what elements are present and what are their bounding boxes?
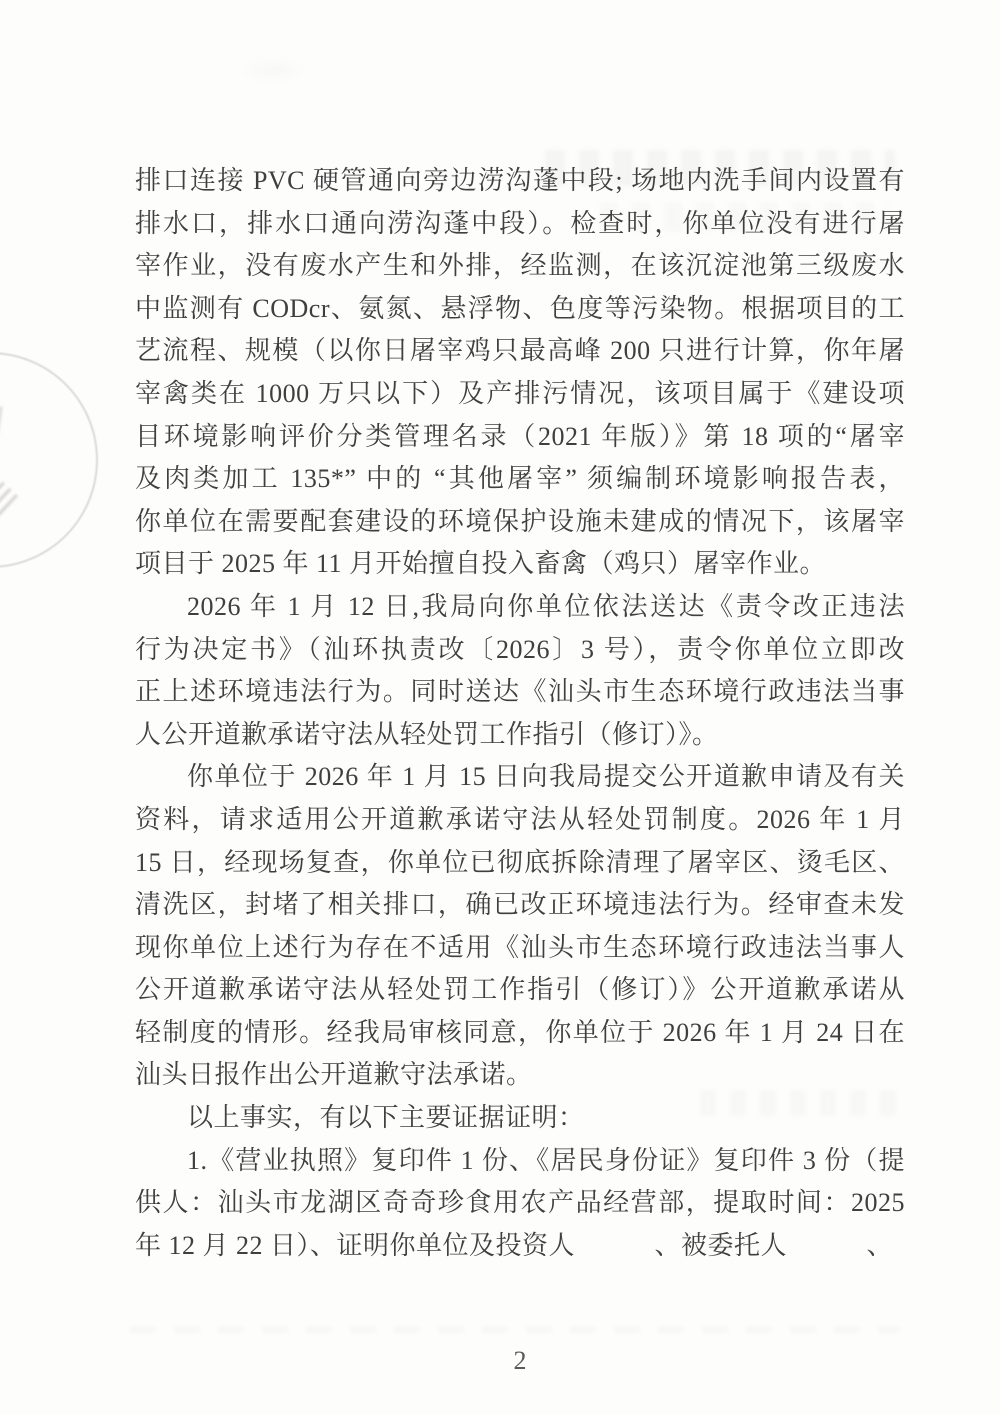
text-line: 排水口，排水口通向涝沟蓬中段）。检查时，你单位没有进行屠 bbox=[135, 203, 905, 246]
text-line: 清洗区，封堵了相关排口，确已改正环境违法行为。经审查未发 bbox=[135, 884, 905, 927]
text-line: 年 12 月 22 日）、证明你单位及投资人 、被委托人 、 bbox=[135, 1225, 905, 1268]
bleed-through-artifact bbox=[238, 56, 308, 84]
text-line: 排口连接 PVC 硬管通向旁边涝沟蓬中段; 场地内洗手间内设置有 bbox=[135, 160, 905, 203]
seal-mark bbox=[0, 467, 18, 529]
document-body: 排口连接 PVC 硬管通向旁边涝沟蓬中段; 场地内洗手间内设置有排水口，排水口通… bbox=[135, 160, 905, 1267]
text-line: 供人：汕头市龙湖区奇奇珍食用农产品经营部，提取时间：2025 bbox=[135, 1182, 905, 1225]
text-line: 15 日，经现场复查，你单位已彻底拆除清理了屠宰区、烫毛区、 bbox=[135, 842, 905, 885]
text-line: 轻制度的情形。经我局审核同意，你单位于 2026 年 1 月 24 日在 bbox=[135, 1012, 905, 1055]
text-line: 公开道歉承诺守法从轻处罚工作指引（修订）》公开道歉承诺从 bbox=[135, 969, 905, 1012]
text-line: 以上事实，有以下主要证据证明： bbox=[135, 1097, 905, 1140]
text-line: 2026 年 1 月 12 日,我局向你单位依法送达《责令改正违法 bbox=[135, 586, 905, 629]
text-line: 宰作业，没有废水产生和外排，经监测，在该沉淀池第三级废水 bbox=[135, 245, 905, 288]
text-line: 目环境影响评价分类管理名录（2021 年版）》第 18 项的“屠宰 bbox=[135, 416, 905, 459]
text-line: 项目于 2025 年 11 月开始擅自投入畜禽（鸡只）屠宰作业。 bbox=[135, 543, 905, 586]
text-line: 1.《营业执照》复印件 1 份、《居民身份证》复印件 3 份（提 bbox=[135, 1140, 905, 1183]
page-number: 2 bbox=[135, 1346, 905, 1376]
ink-seal-stamp bbox=[0, 332, 118, 588]
seal-mark bbox=[0, 403, 7, 435]
text-line: 资料，请求适用公开道歉承诺守法从轻处罚制度。2026 年 1 月 bbox=[135, 799, 905, 842]
text-line: 艺流程、规模（以你日屠宰鸡只最高峰 200 只进行计算，你年屠 bbox=[135, 330, 905, 373]
text-line: 宰禽类在 1000 万只以下）及产排污情况，该项目属于《建设项 bbox=[135, 373, 905, 416]
text-line: 现你单位上述行为存在不适用《汕头市生态环境行政违法当事人 bbox=[135, 927, 905, 970]
text-line: 汕头日报作出公开道歉守法承诺。 bbox=[135, 1054, 905, 1097]
text-line: 你单位于 2026 年 1 月 15 日向我局提交公开道歉申请及有关 bbox=[135, 756, 905, 799]
text-line: 你单位在需要配套建设的环境保护设施未建成的情况下，该屠宰 bbox=[135, 501, 905, 544]
document-page: 排口连接 PVC 硬管通向旁边涝沟蓬中段; 场地内洗手间内设置有排水口，排水口通… bbox=[0, 0, 1000, 1414]
bleed-through-artifact bbox=[130, 1326, 900, 1333]
text-line: 中监测有 CODcr、氨氮、悬浮物、色度等污染物。根据项目的工 bbox=[135, 288, 905, 331]
text-line: 及肉类加工 135*” 中的 “其他屠宰” 须编制环境影响报告表， bbox=[135, 458, 905, 501]
text-line: 人公开道歉承诺守法从轻处罚工作指引（修订）》。 bbox=[135, 714, 905, 757]
text-line: 行为决定书》（汕环执责改〔2026〕3 号），责令你单位立即改 bbox=[135, 629, 905, 672]
text-line: 正上述环境违法行为。同时送达《汕头市生态环境行政违法当事 bbox=[135, 671, 905, 714]
